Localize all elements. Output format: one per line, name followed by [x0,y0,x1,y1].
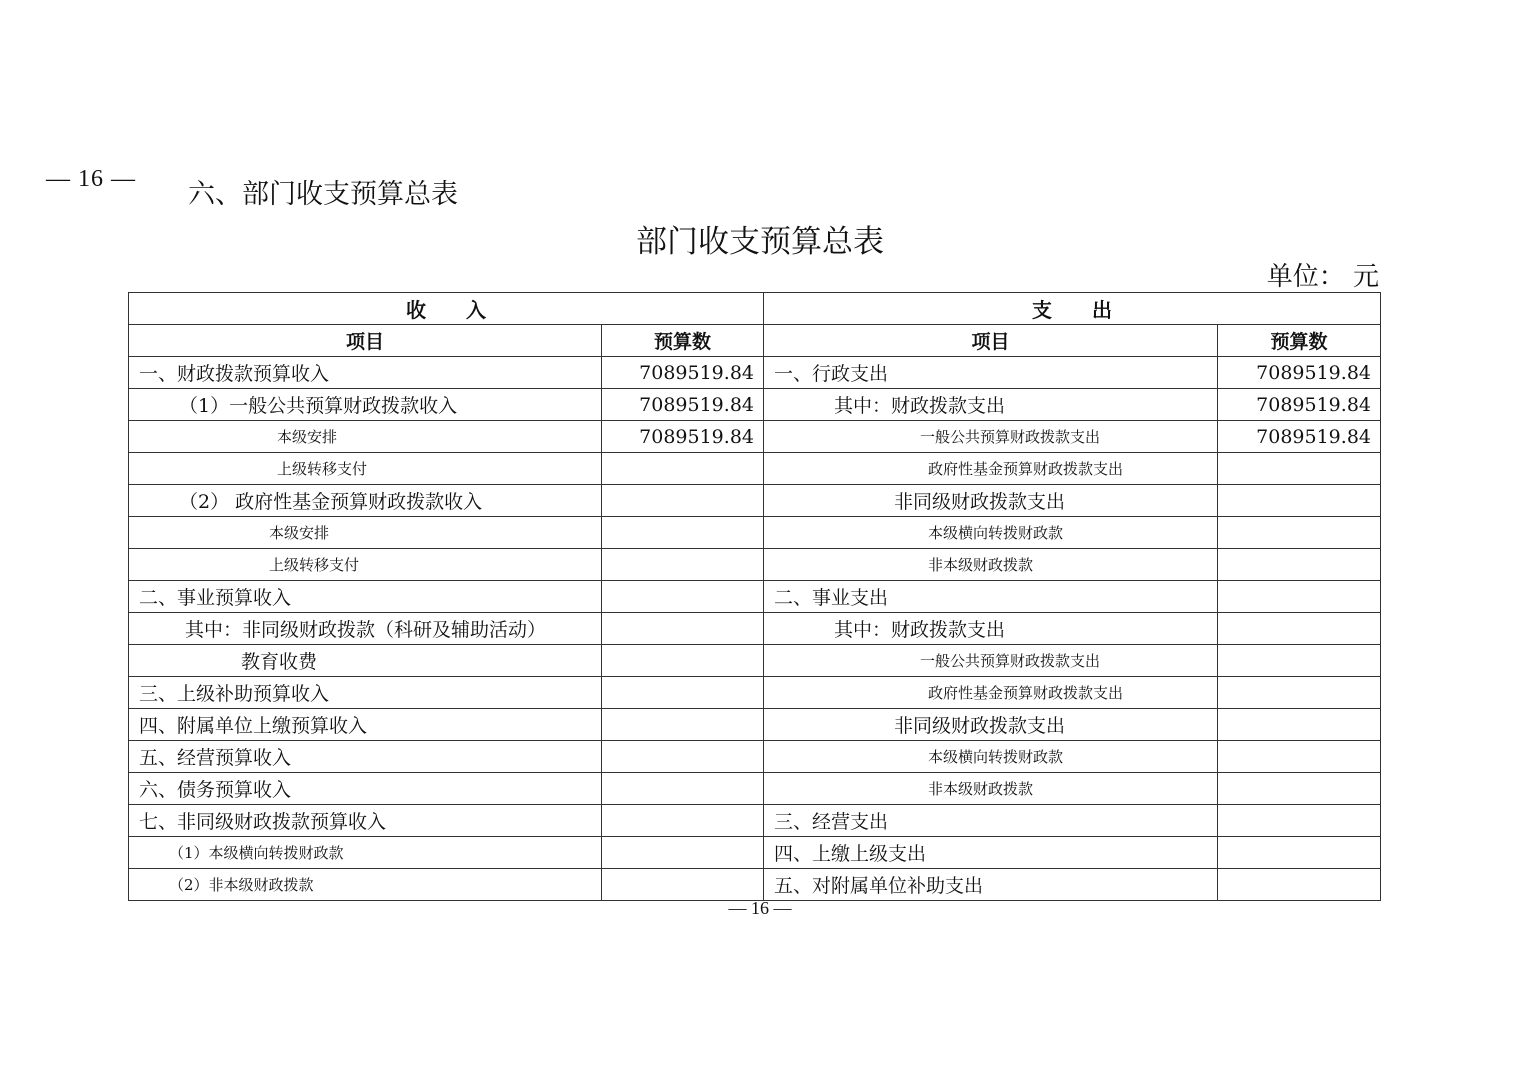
page-number-top: — 16 — [46,166,136,193]
table-row: （2） 政府性基金预算财政拨款收入 非同级财政拨款支出 [129,485,1381,517]
expense-amount [1218,549,1381,581]
income-item: 上级转移支付 [129,453,602,485]
income-amount: 7089519.84 [602,357,764,389]
income-item: 本级安排 [129,421,602,453]
expense-item: 一般公共预算财政拨款支出 [764,645,1218,677]
expense-header: 支 出 [764,293,1381,325]
table-row: 六、债务预算收入 非本级财政拨款 [129,773,1381,805]
unit-label: 单位： 元 [1267,256,1379,293]
page-number-footer: — 16 — [0,898,1520,919]
expense-amount: 7089519.84 [1218,421,1381,453]
income-amount [602,805,764,837]
table-row: 其中：非同级财政拨款（科研及辅助活动） 其中：财政拨款支出 [129,613,1381,645]
table-row: 教育收费 一般公共预算财政拨款支出 [129,645,1381,677]
table-row: 本级安排 7089519.84 一般公共预算财政拨款支出 7089519.84 [129,421,1381,453]
expense-item: 政府性基金预算财政拨款支出 [764,677,1218,709]
table-row: 上级转移支付 非本级财政拨款 [129,549,1381,581]
expense-item: 三、经营支出 [764,805,1218,837]
income-amount [602,677,764,709]
income-amount [602,869,764,901]
expense-amount [1218,805,1381,837]
income-amount [602,485,764,517]
expense-amount [1218,613,1381,645]
expense-item: 五、对附属单位补助支出 [764,869,1218,901]
income-item: 一、财政拨款预算收入 [129,357,602,389]
income-item: 教育收费 [129,645,602,677]
income-item: 四、附属单位上缴预算收入 [129,709,602,741]
expense-item: 非同级财政拨款支出 [764,485,1218,517]
expense-item: 一般公共预算财政拨款支出 [764,421,1218,453]
table-row: 四、附属单位上缴预算收入 非同级财政拨款支出 [129,709,1381,741]
section-title: 六、部门收支预算总表 [188,172,458,211]
table-group-header-row: 收 入 支 出 [129,293,1381,325]
income-amount [602,549,764,581]
table-row: 本级安排 本级横向转拨财政款 [129,517,1381,549]
expense-item: 其中：财政拨款支出 [764,389,1218,421]
income-item: 其中：非同级财政拨款（科研及辅助活动） [129,613,602,645]
table-row: 七、非同级财政拨款预算收入 三、经营支出 [129,805,1381,837]
income-amount [602,453,764,485]
expense-amount [1218,837,1381,869]
income-amount-header: 预算数 [602,325,764,357]
income-item: （1）一般公共预算财政拨款收入 [129,389,602,421]
income-item: （1）本级横向转拨财政款 [129,837,602,869]
income-item: 三、上级补助预算收入 [129,677,602,709]
income-item: 二、事业预算收入 [129,581,602,613]
income-amount [602,645,764,677]
income-item: 上级转移支付 [129,549,602,581]
budget-summary-table: 收 入 支 出 项目 预算数 项目 预算数 一、财政拨款预算收入 7089519… [128,292,1381,901]
income-amount: 7089519.84 [602,421,764,453]
expense-item: 一、行政支出 [764,357,1218,389]
income-item: 本级安排 [129,517,602,549]
expense-amount [1218,869,1381,901]
income-amount [602,773,764,805]
expense-item: 其中：财政拨款支出 [764,613,1218,645]
income-item: （2） 政府性基金预算财政拨款收入 [129,485,602,517]
expense-amount: 7089519.84 [1218,389,1381,421]
expense-amount-header: 预算数 [1218,325,1381,357]
expense-amount [1218,581,1381,613]
income-amount [602,581,764,613]
table-row: 五、经营预算收入 本级横向转拨财政款 [129,741,1381,773]
income-item: （2）非本级财政拨款 [129,869,602,901]
expense-item: 非本级财政拨款 [764,549,1218,581]
table-row: （2）非本级财政拨款 五、对附属单位补助支出 [129,869,1381,901]
expense-amount [1218,453,1381,485]
expense-amount [1218,709,1381,741]
income-item-header: 项目 [129,325,602,357]
expense-amount [1218,741,1381,773]
table-row: （1）一般公共预算财政拨款收入 7089519.84 其中：财政拨款支出 708… [129,389,1381,421]
expense-item-header: 项目 [764,325,1218,357]
income-amount [602,613,764,645]
income-amount [602,709,764,741]
table-row: （1）本级横向转拨财政款 四、上缴上级支出 [129,837,1381,869]
expense-item: 二、事业支出 [764,581,1218,613]
table-column-header-row: 项目 预算数 项目 预算数 [129,325,1381,357]
income-header: 收 入 [129,293,764,325]
expense-amount: 7089519.84 [1218,357,1381,389]
expense-item: 非同级财政拨款支出 [764,709,1218,741]
table-row: 三、上级补助预算收入 政府性基金预算财政拨款支出 [129,677,1381,709]
income-item: 七、非同级财政拨款预算收入 [129,805,602,837]
income-amount [602,517,764,549]
expense-item: 非本级财政拨款 [764,773,1218,805]
table-row: 一、财政拨款预算收入 7089519.84 一、行政支出 7089519.84 [129,357,1381,389]
expense-amount [1218,485,1381,517]
income-item: 六、债务预算收入 [129,773,602,805]
expense-amount [1218,645,1381,677]
expense-amount [1218,773,1381,805]
expense-item: 政府性基金预算财政拨款支出 [764,453,1218,485]
document-title-text: 部门收支预算总表 [636,216,884,261]
income-item: 五、经营预算收入 [129,741,602,773]
expense-item: 本级横向转拨财政款 [764,741,1218,773]
income-amount [602,837,764,869]
table-row: 上级转移支付 政府性基金预算财政拨款支出 [129,453,1381,485]
document-title: 部门收支预算总表 [0,216,1520,261]
expense-item: 四、上缴上级支出 [764,837,1218,869]
expense-amount [1218,677,1381,709]
income-amount: 7089519.84 [602,389,764,421]
income-amount [602,741,764,773]
expense-item: 本级横向转拨财政款 [764,517,1218,549]
expense-amount [1218,517,1381,549]
table-row: 二、事业预算收入 二、事业支出 [129,581,1381,613]
